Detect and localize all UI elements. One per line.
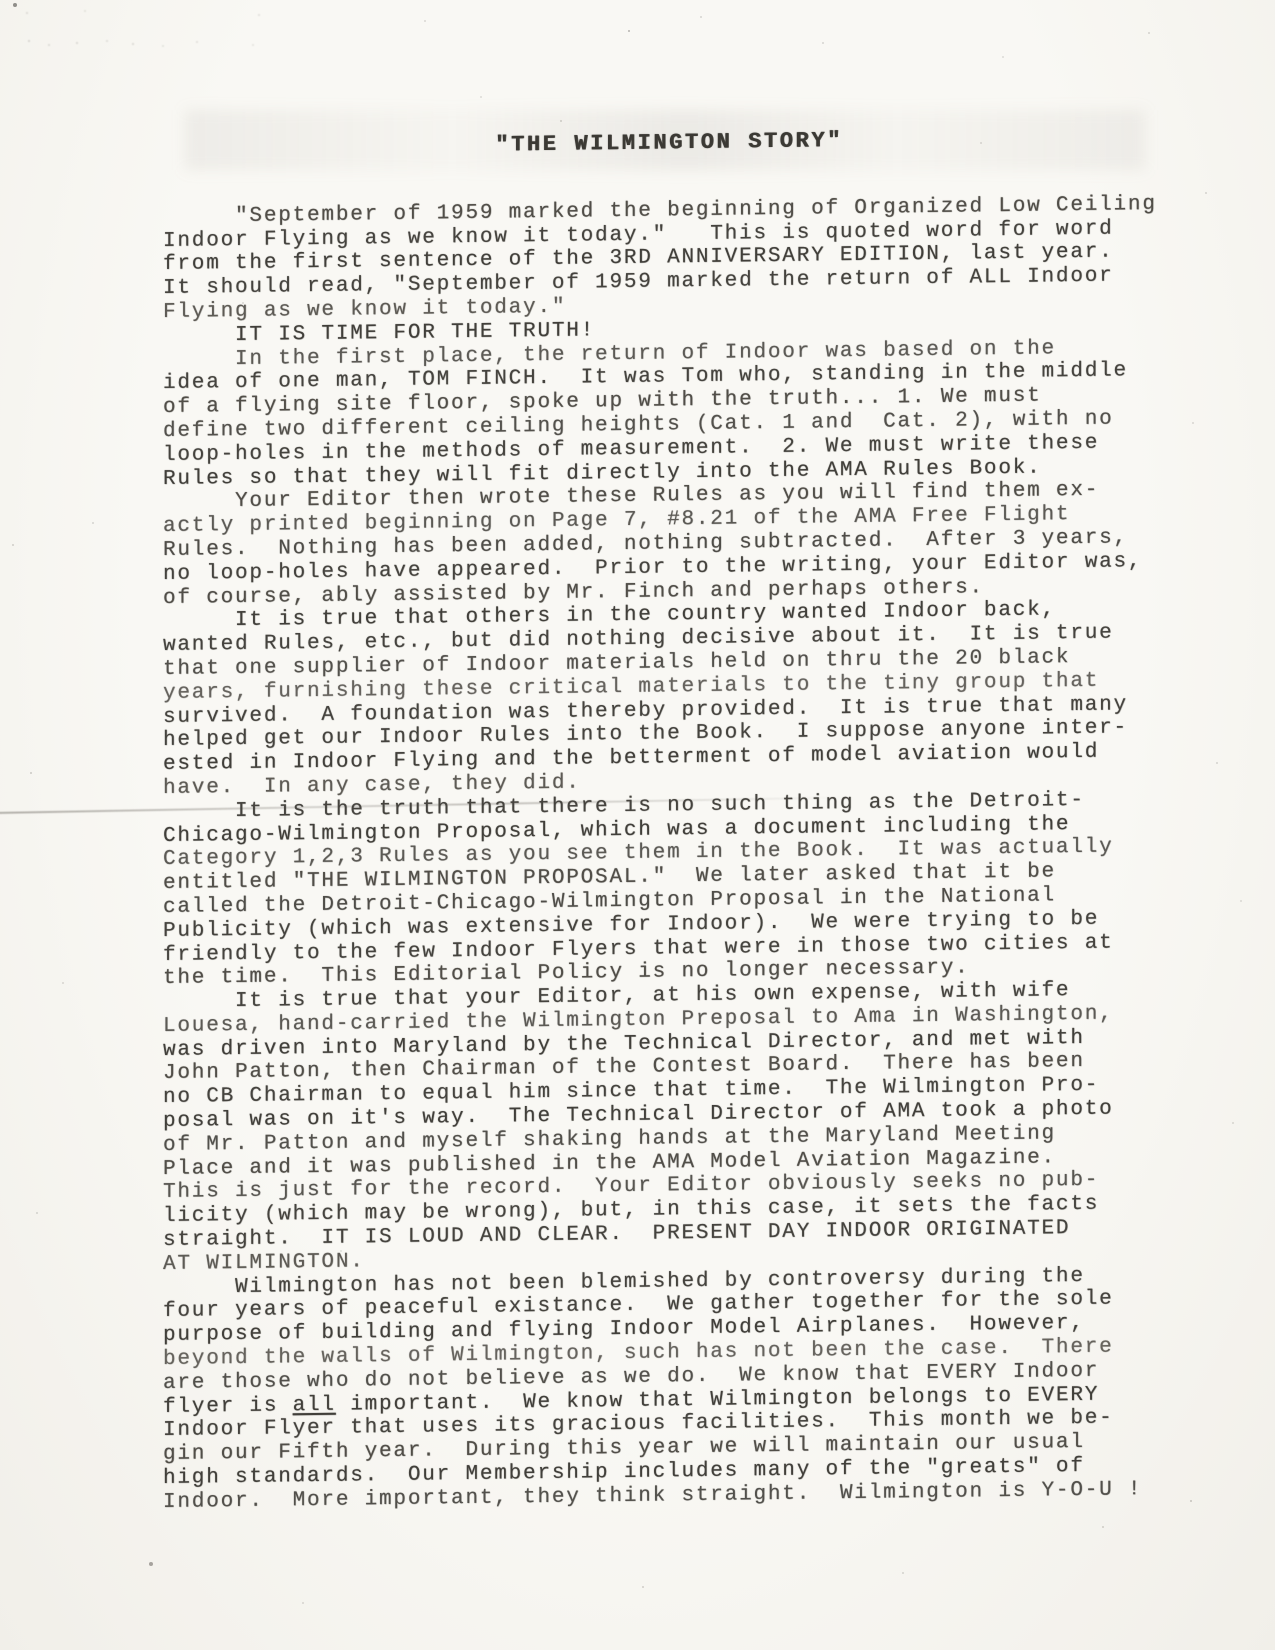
typed-text-block: "THE WILMINGTON STORY" "September of 195… xyxy=(163,125,1175,1515)
document-body: "September of 1959 marked the beginning … xyxy=(163,193,1175,1515)
underlined-word: all xyxy=(293,1393,336,1417)
scan-noise-speckles xyxy=(0,0,2,2)
scanned-page: "THE WILMINGTON STORY" "September of 195… xyxy=(0,0,1275,1650)
